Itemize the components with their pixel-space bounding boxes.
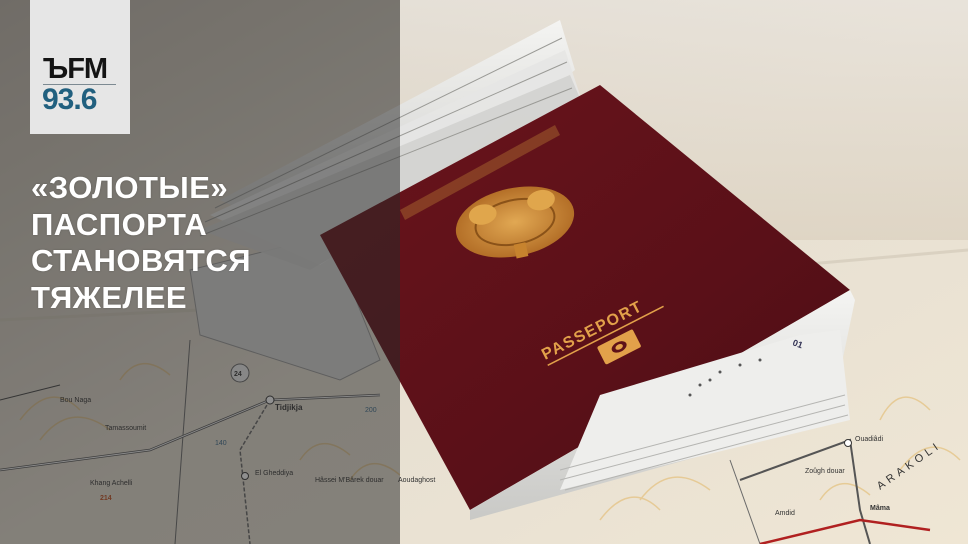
headline-line-3: СТАНОВЯТСЯ bbox=[31, 243, 251, 280]
svg-text:Aoudaghost: Aoudaghost bbox=[398, 477, 435, 484]
svg-text:Ouadiâdi: Ouadiâdi bbox=[855, 436, 883, 443]
headline-line-2: ПАСПОРТА bbox=[31, 207, 251, 244]
cover-image: Bou Naga Tamassoumit Khang Achelli Tidji… bbox=[0, 0, 968, 544]
svg-text:Mâma: Mâma bbox=[870, 505, 890, 512]
headline-line-1: «ЗОЛОТЫЕ» bbox=[31, 170, 251, 207]
svg-text:Amdid: Amdid bbox=[775, 510, 795, 517]
station-logo: ЪFM 93.6 bbox=[30, 0, 130, 134]
headline: «ЗОЛОТЫЕ» ПАСПОРТА СТАНОВЯТСЯ ТЯЖЕЛЕЕ bbox=[31, 170, 251, 316]
svg-text:Zoûgh douar: Zoûgh douar bbox=[805, 468, 845, 475]
headline-line-4: ТЯЖЕЛЕЕ bbox=[31, 280, 251, 317]
logo-brand-text: ЪFM bbox=[43, 56, 107, 82]
logo-frequency: 93.6 bbox=[42, 86, 96, 114]
